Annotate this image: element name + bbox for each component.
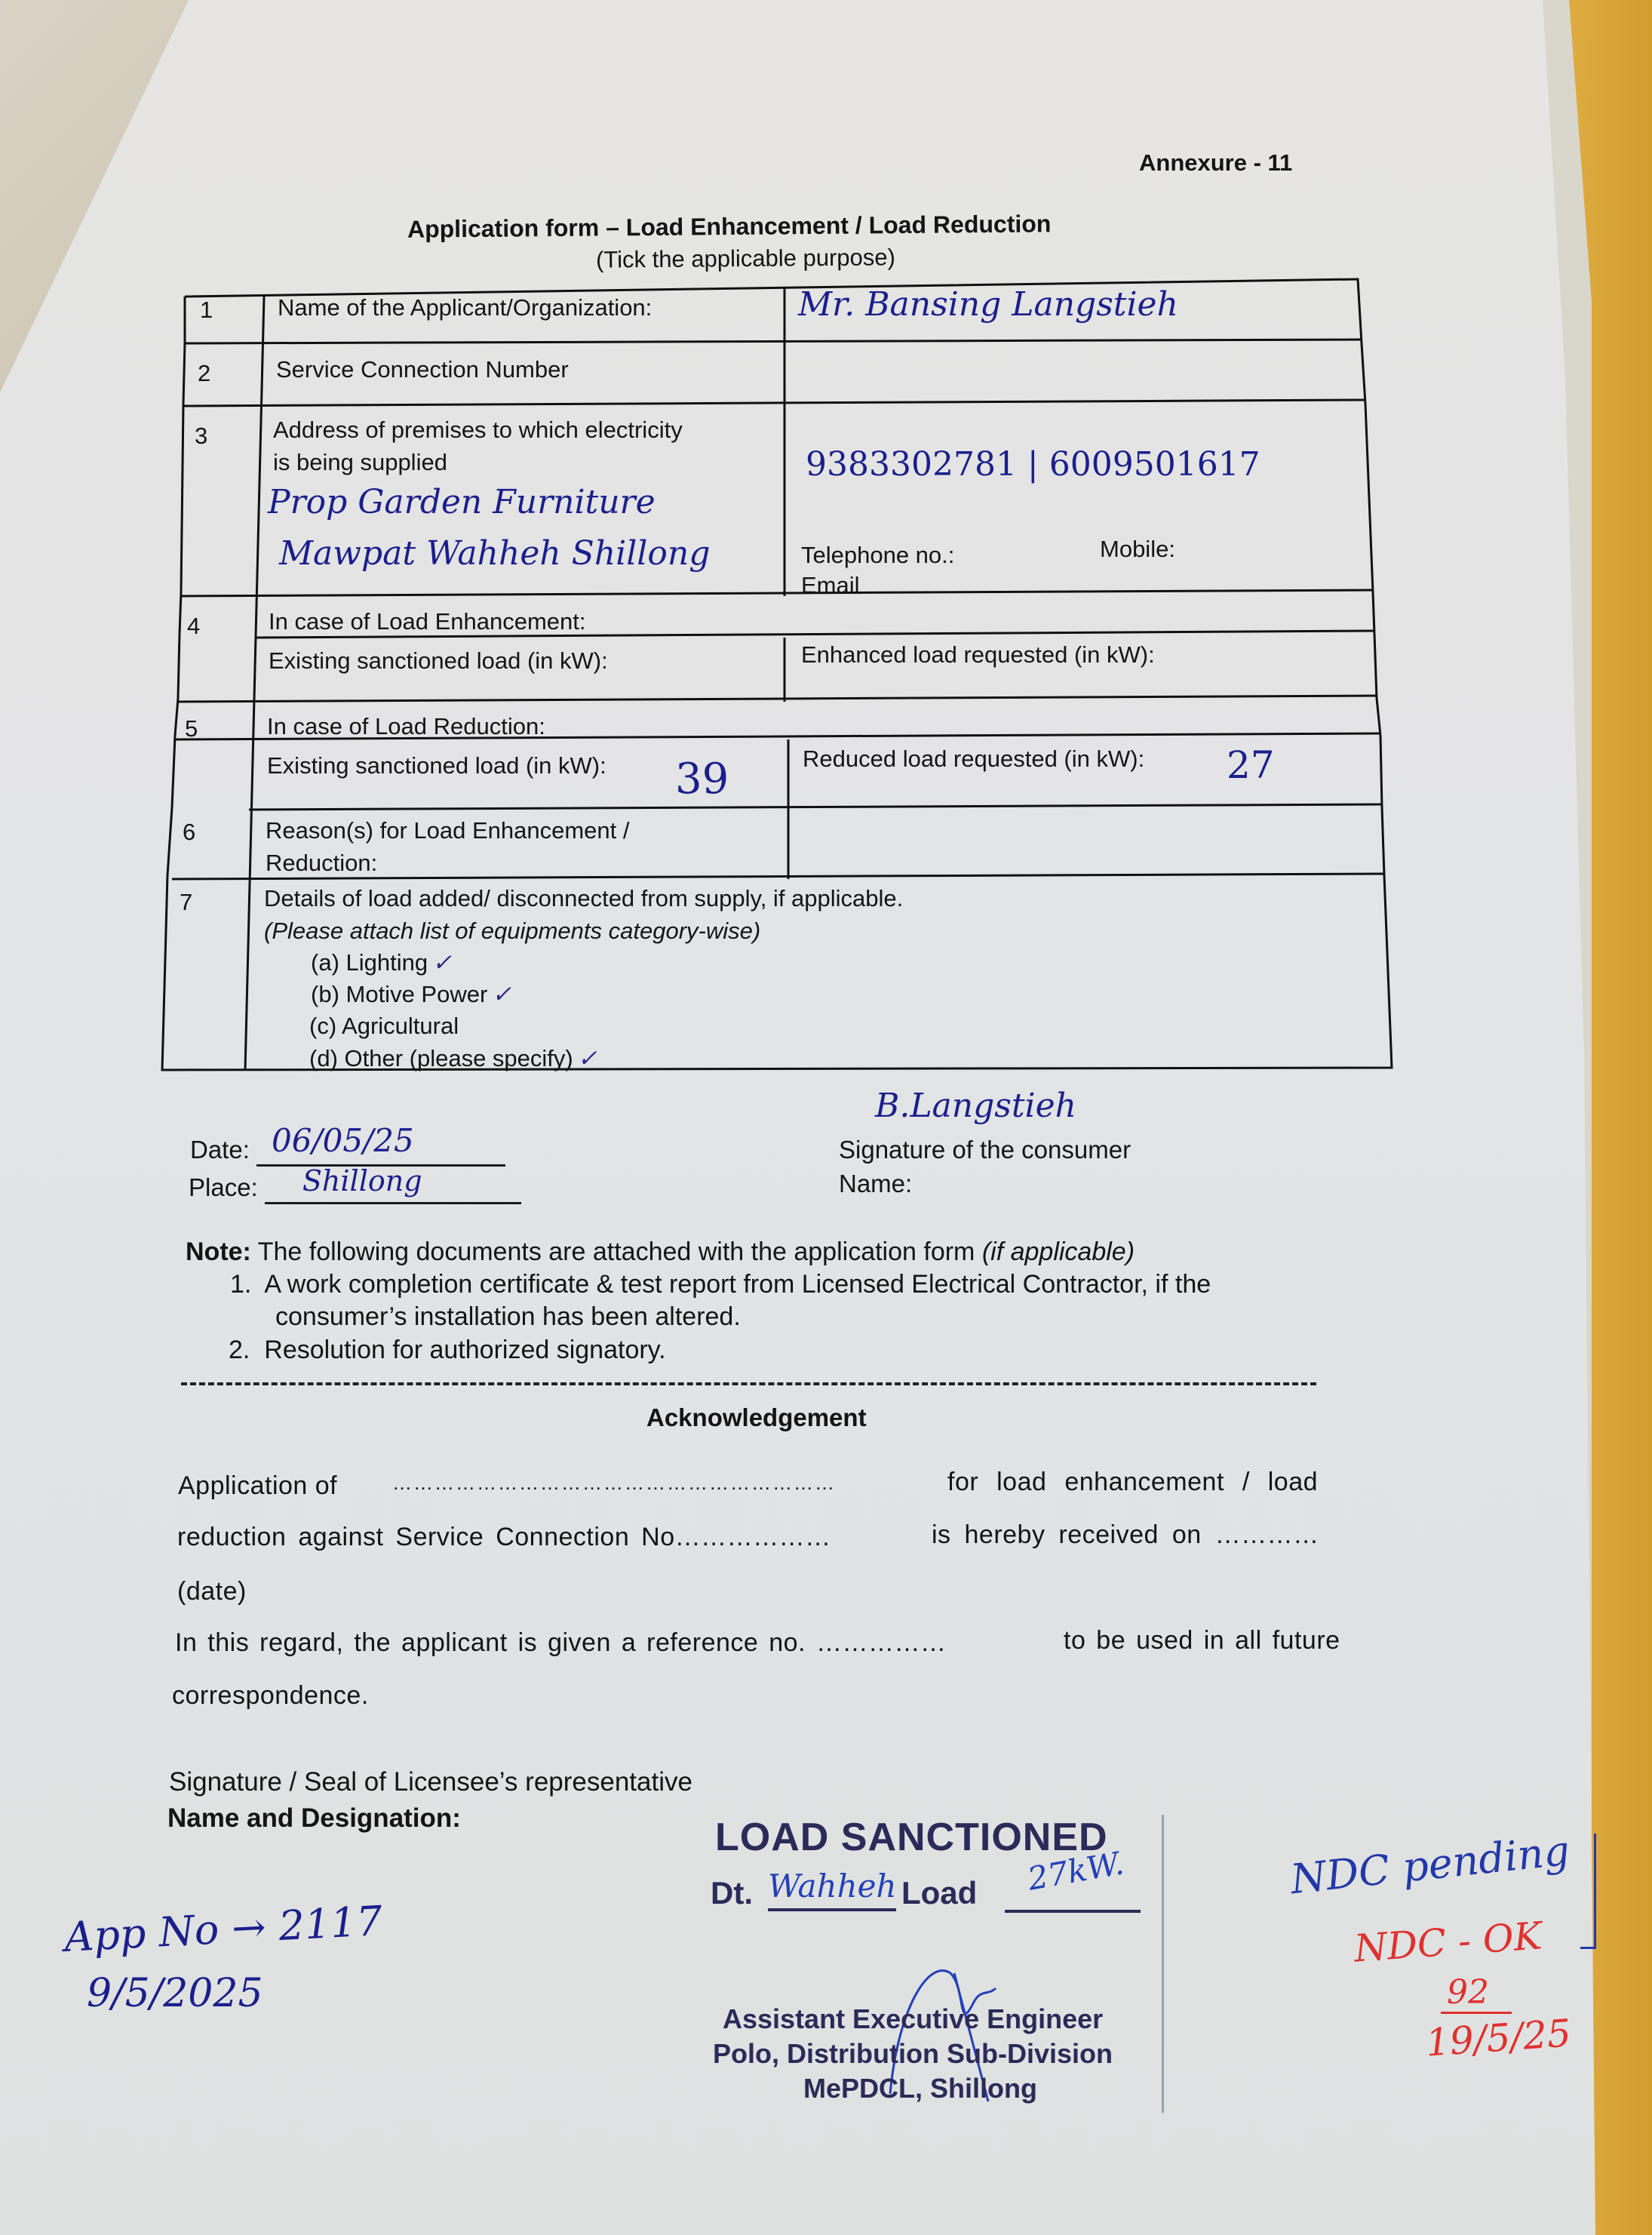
place-value: Shillong xyxy=(302,1164,422,1197)
annexure-label: Annexure - 11 xyxy=(1139,149,1292,177)
category-item[interactable]: (c) Agricultural xyxy=(309,1013,459,1040)
applicant-name-field[interactable]: Mr. Bansing Langstieh xyxy=(798,285,1178,324)
mobile-label: Mobile: xyxy=(1100,536,1175,563)
service-connection-field[interactable] xyxy=(792,347,1350,400)
row-7-number: 7 xyxy=(180,889,192,916)
stamp-date-value: Wahheh xyxy=(768,1868,897,1905)
stamp-office: Polo, Distribution Sub-Division xyxy=(713,2038,1113,2070)
red-existing-load-label: Existing sanctioned load (in kW): xyxy=(267,752,606,779)
address-label-line2: is being supplied xyxy=(273,449,447,476)
load-sanctioned-stamp: LOAD SANCTIONED Dt. Wahheh Load 27kW. As… xyxy=(709,1815,1164,2113)
name-label: Name: xyxy=(839,1170,912,1198)
category-item[interactable]: (d) Other (please specify)✓ xyxy=(309,1045,597,1072)
place-row: Place: Shillong xyxy=(189,1173,521,1204)
stamp-company: MePDCL, Shillong xyxy=(803,2073,1037,2104)
ack-line-1b: for load enhancement / load xyxy=(947,1468,1318,1497)
checkmark-icon: ✓ xyxy=(492,981,511,1007)
email-label: Email xyxy=(801,572,860,599)
phone-numbers-field[interactable]: 9383302781 | 6009501617 xyxy=(806,445,1260,484)
checkmark-icon: ✓ xyxy=(432,949,452,976)
stamp-date-field[interactable]: Wahheh xyxy=(768,1868,896,1911)
note-item-1-cont: consumer’s installation has been altered… xyxy=(275,1302,741,1332)
stamp-designation: Assistant Executive Engineer xyxy=(723,2003,1103,2035)
category-item[interactable]: (b) Motive Power✓ xyxy=(311,981,511,1008)
row-3-number: 3 xyxy=(195,423,207,450)
category-item[interactable]: (a) Lighting✓ xyxy=(311,949,452,976)
category-label: (b) Motive Power xyxy=(311,981,487,1007)
place-field[interactable]: Shillong xyxy=(265,1173,521,1204)
ack-line-3: (date) xyxy=(177,1577,247,1606)
applicant-name-label: Name of the Applicant/Organization: xyxy=(278,294,652,321)
ack-line-1a: Application of xyxy=(178,1471,337,1501)
date-field[interactable]: 06/05/25 xyxy=(256,1136,505,1167)
form-title: Application form – Load Enhancement / Lo… xyxy=(407,210,1052,243)
row-1-number: 1 xyxy=(200,297,213,324)
stamp-title: LOAD SANCTIONED xyxy=(715,1815,1108,1860)
load-reduction-heading: In case of Load Reduction: xyxy=(267,713,545,740)
stamp-load-field[interactable]: 27kW. xyxy=(1005,1860,1141,1913)
note-item-num: 2. xyxy=(229,1336,250,1364)
note-item-num: 1. xyxy=(230,1270,251,1299)
app-date-note: 9/5/2025 xyxy=(87,1971,263,2016)
date-label: Date: xyxy=(190,1136,250,1164)
signature-label: Signature of the consumer xyxy=(839,1136,1131,1164)
date-value: 06/05/25 xyxy=(272,1122,414,1159)
telephone-label: Telephone no.: xyxy=(801,542,954,569)
category-label: (c) Agricultural xyxy=(309,1013,459,1039)
ack-line-2a: reduction against Service Connection No…… xyxy=(177,1523,831,1552)
note-item-text: A work completion certificate & test rep… xyxy=(264,1270,1211,1299)
ack-line-5: correspondence. xyxy=(172,1681,369,1711)
consumer-signature: B.Langstieh xyxy=(875,1087,1076,1125)
note-item-2: 2. Resolution for authorized signatory. xyxy=(229,1336,666,1365)
row-5-number: 5 xyxy=(185,715,198,742)
reason-label-line1: Reason(s) for Load Enhancement / xyxy=(266,817,630,844)
category-label: (d) Other (please specify) xyxy=(309,1045,573,1071)
load-details-note: (Please attach list of equipments catego… xyxy=(264,918,760,945)
note-text: The following documents are attached wit… xyxy=(258,1237,975,1266)
ack-line-4b: to be used in all future xyxy=(1064,1626,1340,1655)
stamp-load-label: Load xyxy=(901,1875,977,1911)
form-subtitle: (Tick the applicable purpose) xyxy=(596,244,895,273)
address-field-line1[interactable]: Prop Garden Furniture xyxy=(268,483,656,521)
ack-line-2b: is hereby received on ………… xyxy=(932,1520,1319,1550)
stamp-dt-label: Dt. xyxy=(711,1875,753,1911)
note-text-italic: (if applicable) xyxy=(982,1237,1135,1266)
address-label-line1: Address of premises to which electricity xyxy=(273,417,683,444)
note-item-1: 1. A work completion certificate & test … xyxy=(230,1270,1211,1299)
note-line: Note: The following documents are attach… xyxy=(186,1237,1135,1267)
reduced-load-value[interactable]: 27 xyxy=(1227,743,1275,787)
place-label: Place: xyxy=(189,1173,258,1201)
note-label: Note: xyxy=(186,1237,251,1266)
licensee-name-label: Name and Designation: xyxy=(167,1803,461,1834)
ack-line-4a: In this regard, the applicant is given a… xyxy=(175,1628,946,1658)
service-connection-label: Service Connection Number xyxy=(276,356,569,383)
ndc-number-note: 92 xyxy=(1441,1973,1512,2014)
reason-label-line2: Reduction: xyxy=(266,850,377,877)
existing-load-value[interactable]: 39 xyxy=(675,755,729,804)
address-field-line2[interactable]: Mawpat Wahheh Shillong xyxy=(279,534,710,573)
row-6-number: 6 xyxy=(183,819,195,846)
enh-existing-load-label: Existing sanctioned load (in kW): xyxy=(269,647,608,675)
row-4-number: 4 xyxy=(187,613,200,640)
bracket-mark xyxy=(1580,1834,1596,1949)
category-label: (a) Lighting xyxy=(311,949,428,976)
load-enhancement-heading: In case of Load Enhancement: xyxy=(269,608,586,635)
ack-applicant-blank[interactable]: ……………………………………………………… xyxy=(392,1471,836,1495)
note-item-text: Resolution for authorized signatory. xyxy=(264,1336,665,1364)
load-details-label: Details of load added/ disconnected from… xyxy=(264,885,903,912)
enhanced-load-label: Enhanced load requested (in kW): xyxy=(801,641,1155,669)
acknowledgement-title: Acknowledgement xyxy=(646,1403,867,1432)
row-2-number: 2 xyxy=(198,360,210,387)
divider xyxy=(181,1382,1316,1385)
date-row: Date: 06/05/25 xyxy=(190,1136,505,1167)
checkmark-icon: ✓ xyxy=(578,1045,597,1071)
licensee-signature-label: Signature / Seal of Licensee’s represent… xyxy=(169,1767,692,1797)
reduced-load-label: Reduced load requested (in kW): xyxy=(803,746,1144,773)
